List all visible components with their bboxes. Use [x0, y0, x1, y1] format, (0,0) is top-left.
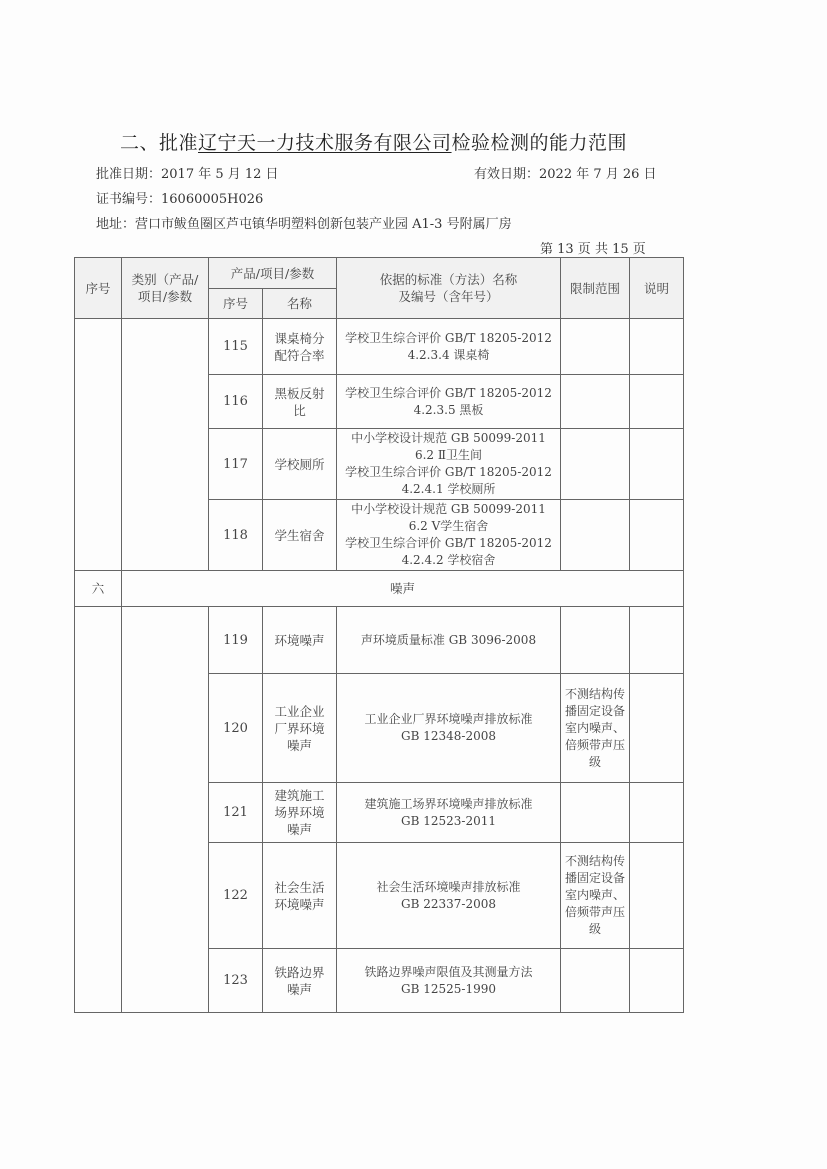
standard-line: 学校卫生综合评价 GB/T 18205-2012: [337, 464, 560, 481]
item-standard: 铁路边界噪声限值及其测量方法 GB 12525-1990: [337, 949, 561, 1013]
item-name: 社会生活环境噪声: [263, 843, 337, 949]
standard-line: GB 12348-2008: [337, 728, 560, 745]
header-standard: 依据的标准（方法）名称及编号（含年号）: [337, 258, 561, 319]
item-name: 铁路边界噪声: [263, 949, 337, 1013]
item-name: 黑板反射比: [263, 375, 337, 429]
category-cell-empty: [122, 607, 209, 1013]
standard-line: 4.2.4.2 学校宿舍: [337, 552, 560, 569]
item-limit: 不测结构传播固定设备室内噪声、倍频带声压级: [561, 843, 630, 949]
standard-line: 建筑施工场界环境噪声排放标准: [337, 796, 560, 813]
item-limit: [561, 429, 630, 500]
item-limit: 不测结构传播固定设备室内噪声、倍频带声压级: [561, 674, 630, 783]
item-number: 118: [209, 500, 263, 571]
item-note: [630, 500, 684, 571]
standard-line: 铁路边界噪声限值及其测量方法: [337, 964, 560, 981]
standard-line: 社会生活环境噪声排放标准: [337, 879, 560, 896]
item-number: 120: [209, 674, 263, 783]
item-limit: [561, 375, 630, 429]
item-limit: [561, 319, 630, 375]
approval-date: 批准日期：2017 年 5 月 12 日: [96, 163, 279, 182]
header-product-group: 产品/项目/参数: [209, 258, 337, 289]
item-name: 学校厕所: [263, 429, 337, 500]
item-name: 工业企业厂界环境噪声: [263, 674, 337, 783]
item-name: 建筑施工场界环境噪声: [263, 783, 337, 843]
page-info: 第 13 页 共 15 页: [540, 238, 646, 257]
title-suffix: 检验检测的能力范围: [452, 132, 628, 154]
seq-cell-empty: [75, 607, 122, 1013]
header-limit: 限制范围: [561, 258, 630, 319]
item-standard: 学校卫生综合评价 GB/T 18205-2012 4.2.3.5 黑板: [337, 375, 561, 429]
title-company: 辽宁天一力技术服务有限公司: [198, 132, 452, 154]
item-name: 学生宿舍: [263, 500, 337, 571]
standard-line: 中小学校设计规范 GB 50099-2011: [337, 501, 560, 518]
seq-cell-empty: [75, 319, 122, 571]
item-note: [630, 674, 684, 783]
item-note: [630, 319, 684, 375]
item-number: 122: [209, 843, 263, 949]
item-note: [630, 783, 684, 843]
standard-line: 工业企业厂界环境噪声排放标准: [337, 711, 560, 728]
header-sub-name: 名称: [263, 289, 337, 319]
valid-date: 有效日期：2022 年 7 月 26 日: [474, 163, 657, 182]
item-standard: 工业企业厂界环境噪声排放标准 GB 12348-2008: [337, 674, 561, 783]
document-title: 二、批准辽宁天一力技术服务有限公司检验检测的能力范围: [120, 128, 720, 155]
item-note: [630, 375, 684, 429]
header-note: 说明: [630, 258, 684, 319]
item-number: 123: [209, 949, 263, 1013]
table-row: 115 课桌椅分配符合率 学校卫生综合评价 GB/T 18205-2012 4.…: [75, 319, 684, 375]
category-cell-empty: [122, 319, 209, 571]
standard-line: GB 22337-2008: [337, 896, 560, 913]
capability-table: 序号 类别（产品/项目/参数 产品/项目/参数 依据的标准（方法）名称及编号（含…: [74, 257, 684, 1013]
standard-line: 中小学校设计规范 GB 50099-2011: [337, 430, 560, 447]
address: 地址：营口市鲅鱼圈区芦屯镇华明塑料创新包装产业园 A1-3 号附属厂房: [96, 213, 512, 232]
item-name: 环境噪声: [263, 607, 337, 674]
standard-line: GB 12523-2011: [337, 813, 560, 830]
section-row: 六 噪声: [75, 571, 684, 607]
item-number: 116: [209, 375, 263, 429]
item-note: [630, 843, 684, 949]
item-name: 课桌椅分配符合率: [263, 319, 337, 375]
standard-line: GB 12525-1990: [337, 981, 560, 998]
standard-line: 6.2 Ⅱ卫生间: [337, 447, 560, 464]
item-standard: 建筑施工场界环境噪声排放标准 GB 12523-2011: [337, 783, 561, 843]
item-note: [630, 429, 684, 500]
standard-line: 4.2.4.1 学校厕所: [337, 481, 560, 498]
item-standard: 中小学校设计规范 GB 50099-2011 6.2 Ⅱ卫生间 学校卫生综合评价…: [337, 429, 561, 500]
item-note: [630, 949, 684, 1013]
standard-line: 学校卫生综合评价 GB/T 18205-2012: [337, 330, 560, 347]
item-number: 119: [209, 607, 263, 674]
header-category: 类别（产品/项目/参数: [122, 258, 209, 319]
item-number: 117: [209, 429, 263, 500]
item-standard: 中小学校设计规范 GB 50099-2011 6.2 Ⅴ学生宿舍 学校卫生综合评…: [337, 500, 561, 571]
section-number: 六: [75, 571, 122, 607]
standard-line: 4.2.3.5 黑板: [337, 402, 560, 419]
title-prefix: 二、批准: [120, 132, 198, 154]
item-standard: 声环境质量标准 GB 3096-2008: [337, 607, 561, 674]
item-limit: [561, 949, 630, 1013]
certificate-number: 证书编号：16060005H026: [96, 188, 263, 207]
standard-line: 学校卫生综合评价 GB/T 18205-2012: [337, 385, 560, 402]
standard-line: 声环境质量标准 GB 3096-2008: [337, 632, 560, 649]
item-limit: [561, 607, 630, 674]
item-note: [630, 607, 684, 674]
item-number: 115: [209, 319, 263, 375]
header-sub-seq: 序号: [209, 289, 263, 319]
standard-line: 4.2.3.4 课桌椅: [337, 347, 560, 364]
header-seq: 序号: [75, 258, 122, 319]
item-number: 121: [209, 783, 263, 843]
section-name: 噪声: [122, 571, 684, 607]
item-standard: 学校卫生综合评价 GB/T 18205-2012 4.2.3.4 课桌椅: [337, 319, 561, 375]
item-standard: 社会生活环境噪声排放标准 GB 22337-2008: [337, 843, 561, 949]
standard-line: 学校卫生综合评价 GB/T 18205-2012: [337, 535, 560, 552]
standard-line: 6.2 Ⅴ学生宿舍: [337, 518, 560, 535]
item-limit: [561, 500, 630, 571]
item-limit: [561, 783, 630, 843]
table-row: 119 环境噪声 声环境质量标准 GB 3096-2008: [75, 607, 684, 674]
